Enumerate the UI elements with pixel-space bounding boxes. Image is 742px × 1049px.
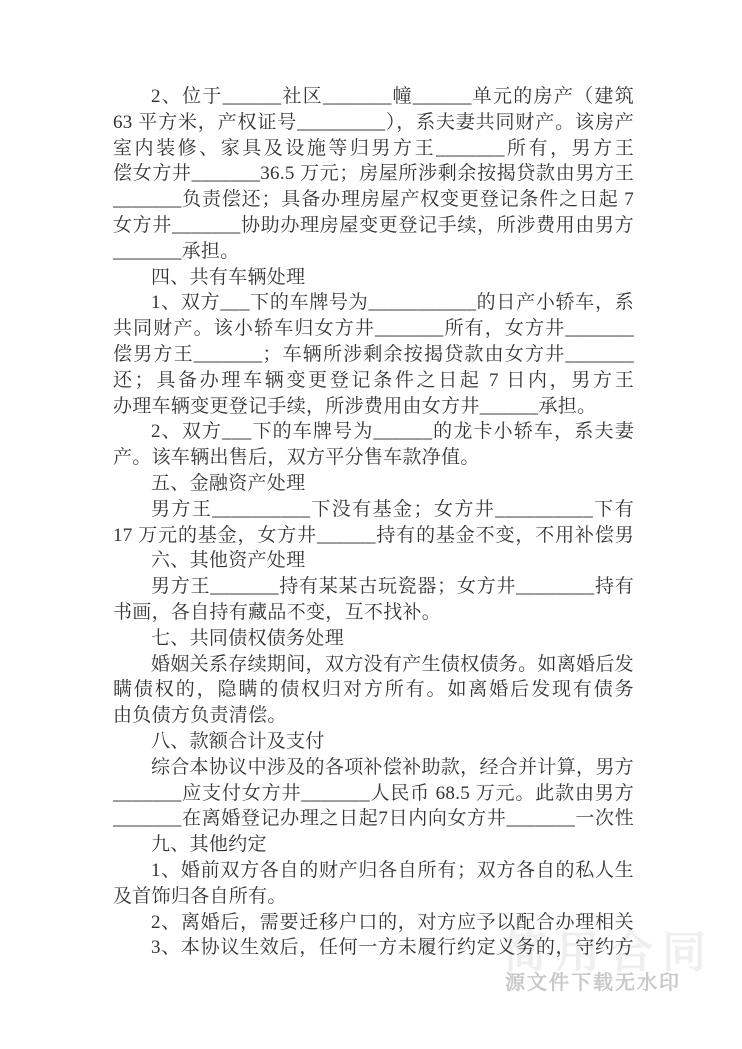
doc-line: 产。该车辆出售后，双方平分售车款净值。: [113, 445, 634, 471]
doc-line: 63 平方米，产权证号_________），系夫妻共同财产。该房产连同: [113, 110, 634, 136]
doc-line: 室内装修、家具及设施等归男方王_______所有，男方王_______补: [113, 136, 634, 162]
doc-line: 共同财产。该小轿车归女方井_______所有，女方井_______不用补: [113, 316, 634, 342]
doc-section-heading: 六、其他资产处理: [113, 548, 634, 574]
doc-line: 3、本协议生效后，任何一方未履行约定义务的，守约方有权要: [113, 935, 634, 961]
doc-line: 及首饰归各自所有。: [113, 884, 634, 910]
doc-line: 偿男方王_______；车辆所涉剩余按揭贷款由女方井_______负责偿: [113, 342, 634, 368]
doc-line: 还；具备办理车辆变更登记条件之日起 7 日内，男方王______协助: [113, 368, 634, 394]
doc-line: 男方王_______持有某某古玩瓷器；女方井________持有____家: [113, 574, 634, 600]
doc-line: 瞒债权的，隐瞒的债权归对方所有。如离婚后发现有债务的，该债务: [113, 677, 634, 703]
doc-section-heading: 九、其他约定: [113, 832, 634, 858]
doc-line: 2、双方___下的车牌号为______的龙卡小轿车，系夫妻共同财: [113, 419, 634, 445]
document-page: 简用合同 源文件下载无水印 2、位于______社区_______幢______…: [0, 0, 742, 1049]
contract-body: 2、位于______社区_______幢______单元的房产（建筑面积 63 …: [113, 84, 634, 961]
doc-line: 1、双方___下的车牌号为___________的日产小轿车，系夫妻: [113, 290, 634, 316]
doc-line: 17 万元的基金，女方井______持有的基金不变，不用补偿男方。: [113, 523, 634, 549]
doc-line: _______负责偿还；具备办理房屋产权变更登记条件之日起 7 日内，: [113, 187, 634, 213]
doc-line: 办理车辆变更登记手续，所涉费用由女方井______承担。: [113, 394, 634, 420]
doc-line: 偿女方井_______36.5 万元；房屋所涉剩余按揭贷款由男方王: [113, 161, 634, 187]
doc-line: _______承担。: [113, 239, 634, 265]
doc-line: _______在离婚登记办理之日起7日内向女方井_______一次性付清。: [113, 806, 634, 832]
doc-section-heading: 八、款额合计及支付: [113, 729, 634, 755]
doc-section-heading: 七、共同债权债务处理: [113, 626, 634, 652]
doc-line: 1、婚前双方各自的财产归各自所有；双方各自的私人生活用品: [113, 858, 634, 884]
doc-line: 书画，各自持有藏品不变，互不找补。: [113, 600, 634, 626]
doc-section-heading: 四、共有车辆处理: [113, 265, 634, 291]
doc-line: 2、位于______社区_______幢______单元的房产（建筑面积: [113, 84, 634, 110]
doc-line: 2、离婚后，需要迁移户口的，对方应予以配合办理相关手续。: [113, 910, 634, 936]
doc-section-heading: 五、金融资产处理: [113, 471, 634, 497]
doc-line: 男方王__________下没有基金；女方井__________下有价值: [113, 497, 634, 523]
doc-line: 婚姻关系存续期间，双方没有产生债权债务。如离婚后发现有隐: [113, 652, 634, 678]
doc-line: 女方井_______协助办理房屋变更登记手续，所涉费用由男方王: [113, 213, 634, 239]
doc-line: 由负债方负责清偿。: [113, 703, 634, 729]
doc-line: _______应支付女方井_______人民币 68.5 万元。此款由男方王: [113, 781, 634, 807]
doc-line: 综合本协议中涉及的各项补偿补助款，经合并计算，男方王: [113, 755, 634, 781]
watermark-tagline: 源文件下载无水印: [505, 966, 681, 995]
